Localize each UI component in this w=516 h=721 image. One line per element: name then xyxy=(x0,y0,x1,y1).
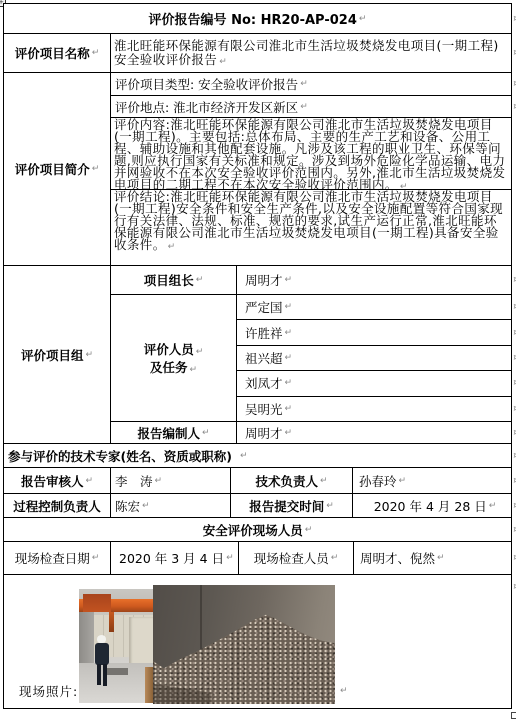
team-members-label-cell: 评价人员↵ 及任务↵ xyxy=(111,295,237,421)
worker-figure xyxy=(92,635,112,687)
project-intro-label-cell: 评价项目简介 ↵ xyxy=(4,73,111,265)
team-member-name: 刘凤才 xyxy=(245,374,283,392)
report-reviewer-label: 报告审核人 xyxy=(21,472,84,490)
site-personnel-header: 安全评价现场人员 xyxy=(203,521,303,539)
evaluation-content-text: 评价内容:淮北旺能环保能源有限公司淮北市生活垃圾焚烧发电项目(一期工程)。主要包… xyxy=(114,117,505,189)
worker-leg xyxy=(97,664,101,685)
evaluation-content-row: 评价内容:淮北旺能环保能源有限公司淮北市生活垃圾焚烧发电项目(一期工程)。主要包… xyxy=(111,117,511,189)
paragraph-mark-icon: ↵ xyxy=(240,451,248,461)
site-inspection-row: 现场检查日期 ↵ 2020 年 3 月 4 日 ↵ 现场检查人员 ↵ 周明才、倪… xyxy=(4,541,511,574)
inspection-date-value: 2020 年 3 月 4 日 ↵ xyxy=(111,542,239,574)
document-page: + 评价报告编号 No: HR20-AP-024 ↵ ¤ 评价项目名称 ↵ 淮北… xyxy=(0,0,516,721)
team-member-name: 祖兴超 xyxy=(245,349,283,367)
paragraph-mark-icon: ↵ xyxy=(340,686,348,696)
team-leader-label: 项目组长 xyxy=(144,271,194,289)
factory-interior-photo xyxy=(79,589,153,703)
report-editor-value: 周明才 ↵ xyxy=(237,422,511,443)
cell-mark-icon: ↵ xyxy=(196,347,204,357)
submit-time-value: 2020 年 4 月 28 日 ↵ xyxy=(353,494,511,517)
cell-mark-icon: ↵ xyxy=(189,365,197,375)
team-leader-row: 项目组长 ↵ 周明才 ↵ ¤ xyxy=(111,266,511,294)
evaluation-conclusion-row: 评价结论:淮北旺能环保能源有限公司淮北市生活垃圾焚烧发电项目(一期工程)安全条件… xyxy=(111,189,511,265)
cell-mark-icon: ↵ xyxy=(320,476,328,486)
team-members-section: 评价人员↵ 及任务↵ 严定国 ↵ ¤ 许胜祥 ↵ ¤ xyxy=(111,294,511,421)
cell-mark-icon: ↵ xyxy=(85,350,93,360)
team-member-name: 吴明光 xyxy=(245,400,283,418)
process-control-label: 过程控制负责人 xyxy=(13,497,101,515)
submit-time-label: 报告提交时间 xyxy=(249,497,324,515)
report-review-row: 报告审核人 ↵ 李 涛 ↵ 技术负责人 ↵ 孙春玲 ↵ ¤ xyxy=(4,467,511,493)
evaluation-report-table: 评价报告编号 No: HR20-AP-024 ↵ ¤ 评价项目名称 ↵ 淮北旺能… xyxy=(3,3,512,709)
team-member-name: 严定国 xyxy=(245,298,283,316)
cell-mark-icon: ↵ xyxy=(202,428,210,438)
paragraph-mark-icon: ↵ xyxy=(399,476,407,486)
report-number-row: 评价报告编号 No: HR20-AP-024 ↵ ¤ xyxy=(4,4,511,33)
site-photos-label: 现场照片: xyxy=(19,682,78,700)
inspection-people-label-cell: 现场检查人员 ↵ xyxy=(239,542,354,574)
paragraph-mark-icon: ↵ xyxy=(400,182,408,189)
corner-pipe xyxy=(145,667,153,703)
inspection-date-label: 现场检查日期 xyxy=(15,549,90,567)
site-personnel-header-row: 安全评价现场人员 ↵ ¤ xyxy=(4,517,511,541)
team-member-row: 吴明光 ↵ ¤ xyxy=(237,396,511,421)
hard-hat xyxy=(97,635,106,643)
submit-time-label-cell: 报告提交时间 ↵ xyxy=(231,494,353,517)
report-reviewer-value: 李 涛 ↵ xyxy=(111,468,231,493)
team-member-row: 祖兴超 ↵ ¤ xyxy=(237,345,511,370)
paragraph-mark-icon: ↵ xyxy=(437,553,445,563)
tech-lead-label: 技术负责人 xyxy=(255,472,318,490)
paragraph-mark-icon: ↵ xyxy=(300,79,308,89)
paragraph-mark-icon: ↵ xyxy=(226,553,234,563)
inspection-date-label-cell: 现场检查日期 ↵ xyxy=(4,542,111,574)
project-type-row: 评价项目类型: 安全验收评价报告 ↵ ¤ xyxy=(111,73,511,95)
project-name-label-cell: 评价项目名称 ↵ xyxy=(4,34,111,72)
paragraph-mark-icon: ↵ xyxy=(142,501,150,511)
crane-support-post xyxy=(109,612,114,632)
process-control-row: 过程控制负责人 陈宏 ↵ 报告提交时间 ↵ 2020 年 4 月 28 日 ↵ … xyxy=(4,493,511,517)
worker-torso xyxy=(95,643,109,665)
process-control-value: 陈宏 ↵ xyxy=(111,494,231,517)
paragraph-mark-icon: ↵ xyxy=(285,328,293,338)
team-member-row: 许胜祥 ↵ ¤ xyxy=(237,319,511,344)
team-members-label-line2: 及任务 xyxy=(150,360,188,375)
cell-mark-icon: ↵ xyxy=(331,553,339,563)
paragraph-mark-icon: ↵ xyxy=(305,525,313,535)
project-intro-content: 评价项目类型: 安全验收评价报告 ↵ ¤ 评价地点: 淮北市经济开发区新区 ↵ … xyxy=(111,73,511,265)
paragraph-mark-icon: ↵ xyxy=(300,102,308,112)
team-member-name: 许胜祥 xyxy=(245,324,283,342)
paragraph-mark-icon: ↵ xyxy=(359,14,367,24)
report-editor-label: 报告编制人 xyxy=(137,424,200,442)
team-leader-label-cell: 项目组长 ↵ xyxy=(111,266,237,294)
paragraph-mark-icon: ↵ xyxy=(155,476,163,486)
project-location-text: 评价地点: 淮北市经济开发区新区 xyxy=(115,98,298,116)
technical-experts-label: 参与评价的技术专家(姓名、资质或职称) xyxy=(8,447,232,465)
crane-machinery xyxy=(83,594,111,612)
cell-mark-icon: ↵ xyxy=(92,48,100,58)
team-member-row: 严定国 ↵ ¤ xyxy=(237,295,511,319)
team-members-list: 严定国 ↵ ¤ 许胜祥 ↵ ¤ 祖兴超 ↵ ¤ xyxy=(237,295,511,421)
paragraph-mark-icon: ↵ xyxy=(285,302,293,312)
project-type-text: 评价项目类型: 安全验收评价报告 xyxy=(115,75,298,93)
technical-experts-row: 参与评价的技术专家(姓名、资质或职称) ↵ ¤ xyxy=(4,443,511,467)
tech-lead-value: 孙春玲 ↵ xyxy=(353,468,511,493)
report-number: 评价报告编号 No: HR20-AP-024 xyxy=(149,9,357,28)
project-name-label: 评价项目名称 xyxy=(15,44,90,62)
project-team-label-cell: 评价项目组 ↵ xyxy=(4,266,111,443)
paragraph-mark-icon: ↵ xyxy=(285,353,293,363)
project-name-row: 评价项目名称 ↵ 淮北旺能环保能源有限公司淮北市生活垃圾焚烧发电项目(一期工程)… xyxy=(4,33,511,72)
paragraph-mark-icon: ↵ xyxy=(285,428,293,438)
report-editor-label-cell: 报告编制人 ↵ xyxy=(111,422,237,443)
cell-mark-icon: ↵ xyxy=(92,164,100,174)
project-location-row: 评价地点: 淮北市经济开发区新区 ↵ ¤ xyxy=(111,95,511,117)
project-name-value: 淮北旺能环保能源有限公司淮北市生活垃圾焚烧发电项目(一期工程)安全验收评价报告↵ xyxy=(111,34,511,72)
team-member-row: 刘凤才 ↵ ¤ xyxy=(237,370,511,395)
cell-mark-icon: ↵ xyxy=(326,501,334,511)
cell-mark-icon: ↵ xyxy=(85,476,93,486)
report-reviewer-label-cell: 报告审核人 ↵ xyxy=(4,468,111,493)
tech-lead-label-cell: 技术负责人 ↵ xyxy=(231,468,353,493)
paragraph-mark-icon: ↵ xyxy=(285,378,293,388)
paragraph-mark-icon: ↵ xyxy=(168,242,176,252)
paragraph-mark-icon: ↵ xyxy=(219,57,227,67)
site-photos-row: 现场照片: xyxy=(4,574,511,708)
inspection-people-label: 现场检查人员 xyxy=(254,549,329,567)
project-intro-section: 评价项目简介 ↵ 评价项目类型: 安全验收评价报告 ↵ ¤ 评价地点: 淮北市经… xyxy=(4,72,511,265)
report-editor-row: 报告编制人 ↵ 周明才 ↵ ¤ xyxy=(111,421,511,443)
table-resize-handle[interactable] xyxy=(511,712,516,719)
cell-mark-icon: ↵ xyxy=(196,275,204,285)
process-control-label-cell: 过程控制负责人 xyxy=(4,494,111,517)
worker-leg xyxy=(103,664,107,686)
paragraph-mark-icon: ↵ xyxy=(489,501,497,511)
cell-mark-icon: ↵ xyxy=(92,553,100,563)
team-members-label-line1: 评价人员 xyxy=(144,342,194,357)
project-team-label: 评价项目组 xyxy=(21,346,84,364)
paragraph-mark-icon: ↵ xyxy=(285,404,293,414)
project-team-content: 项目组长 ↵ 周明才 ↵ ¤ 评价人员↵ 及任务↵ xyxy=(111,266,511,443)
waste-pile-photo xyxy=(153,585,335,704)
team-leader-value: 周明才 ↵ xyxy=(237,266,511,294)
project-intro-label: 评价项目简介 xyxy=(15,160,90,178)
project-team-section: 评价项目组 ↵ 项目组长 ↵ 周明才 ↵ ¤ 评价人 xyxy=(4,265,511,443)
inspection-people-value: 周明才、倪然 ↵ xyxy=(354,542,511,574)
paragraph-mark-icon: ↵ xyxy=(285,275,293,285)
